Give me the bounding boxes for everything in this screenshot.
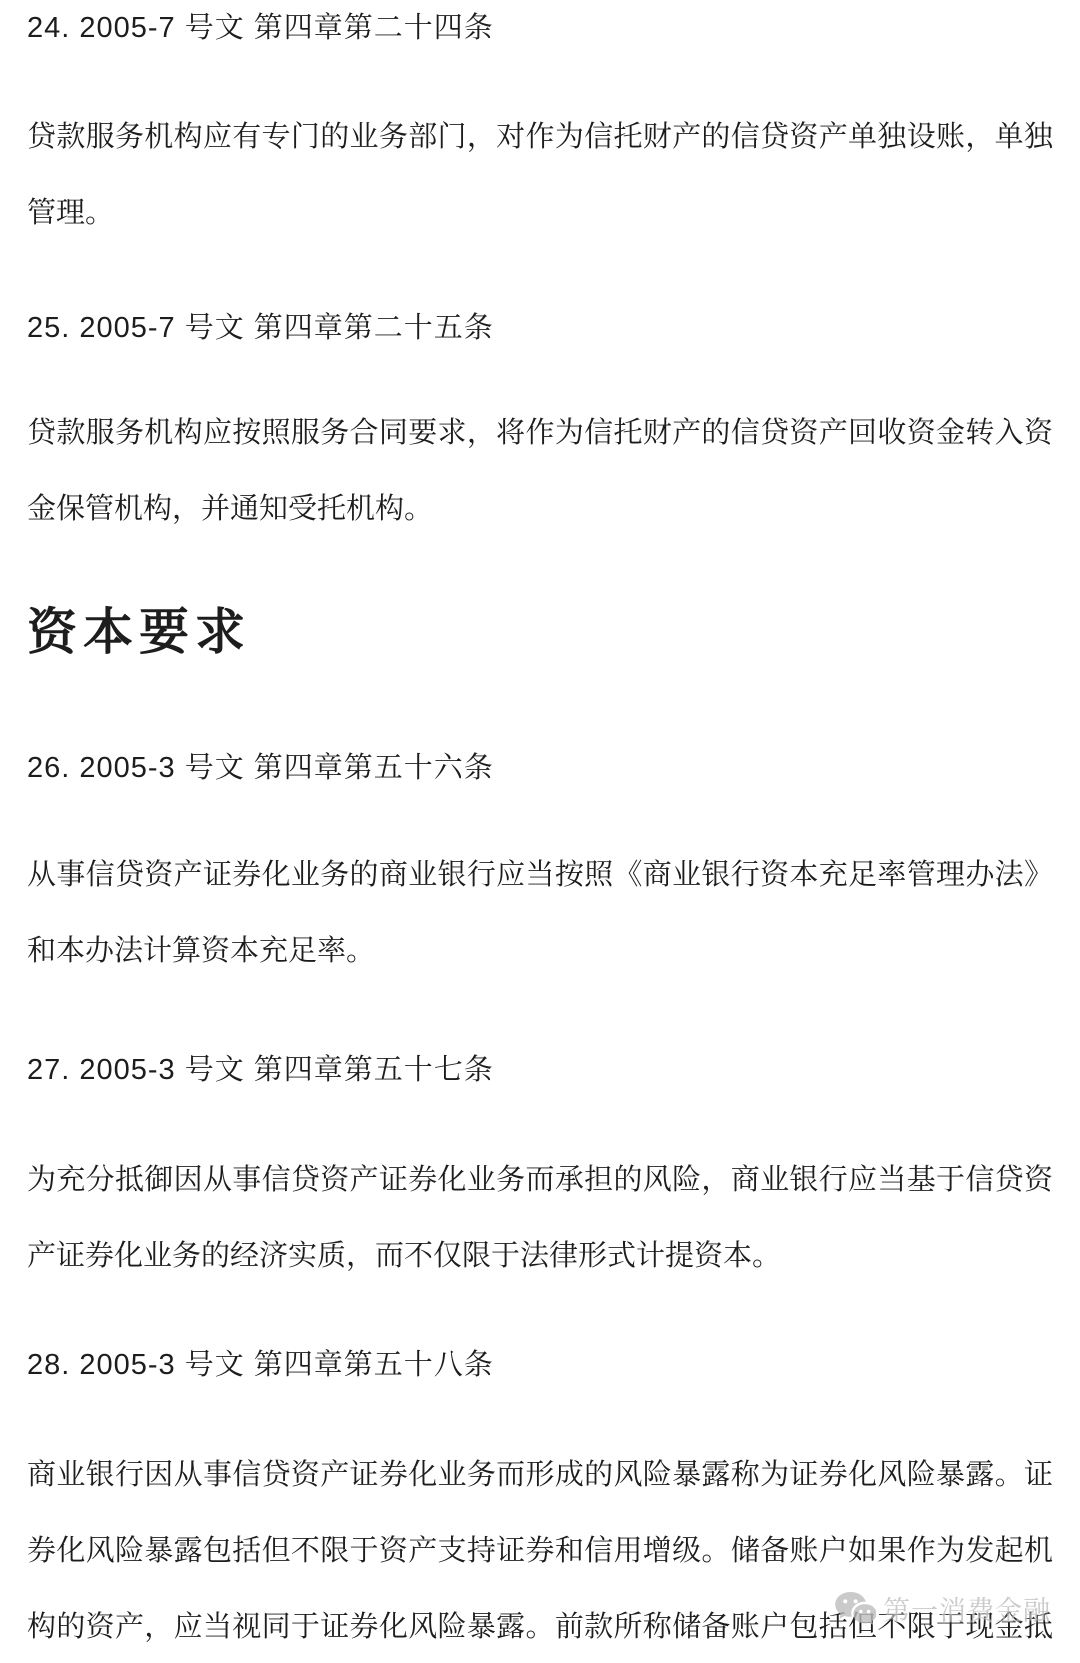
- article-27-body: 为充分抵御因从事信贷资产证券化业务而承担的风险，商业银行应当基于信贷资 产证券化…: [27, 1142, 1053, 1294]
- text-line: 贷款服务机构应有专门的业务部门，对作为信托财产的信贷资产单独设账，单独: [27, 99, 1053, 175]
- watermark-text: 第一消费金融: [883, 1589, 1051, 1628]
- wechat-logo-icon: [834, 1591, 876, 1627]
- text-line: 从事信贷资产证券化业务的商业银行应当按照《商业银行资本充足率管理办法》: [27, 837, 1053, 913]
- article-24-body: 贷款服务机构应有专门的业务部门，对作为信托财产的信贷资产单独设账，单独 管理。: [27, 99, 1053, 251]
- article-25-body: 贷款服务机构应按照服务合同要求，将作为信托财产的信贷资产回收资金转入资 金保管机…: [27, 395, 1053, 547]
- article-28-heading: 28. 2005-3 号文 第四章第五十八条: [27, 1345, 1053, 1385]
- article-26-heading: 26. 2005-3 号文 第四章第五十六条: [27, 748, 1053, 788]
- text-line: 为充分抵御因从事信贷资产证券化业务而承担的风险，商业银行应当基于信贷资: [27, 1142, 1053, 1218]
- article-26-body: 从事信贷资产证券化业务的商业银行应当按照《商业银行资本充足率管理办法》 和本办法…: [27, 837, 1053, 989]
- text-line: 贷款服务机构应按照服务合同要求，将作为信托财产的信贷资产回收资金转入资: [27, 395, 1053, 471]
- text-line: 和本办法计算资本充足率。: [27, 913, 1053, 989]
- text-line: 金保管机构，并通知受托机构。: [27, 471, 1053, 547]
- text-line: 券化风险暴露包括但不限于资产支持证券和信用增级。储备账户如果作为发起机: [27, 1513, 1053, 1589]
- article-25-heading: 25. 2005-7 号文 第四章第二十五条: [27, 308, 1053, 348]
- article-27-heading: 27. 2005-3 号文 第四章第五十七条: [27, 1050, 1053, 1090]
- text-line: 产证券化业务的经济实质，而不仅限于法律形式计提资本。: [27, 1218, 1053, 1294]
- text-line: 商业银行因从事信贷资产证券化业务而形成的风险暴露称为证券化风险暴露。证: [27, 1437, 1053, 1513]
- article-28-body: 商业银行因从事信贷资产证券化业务而形成的风险暴露称为证券化风险暴露。证 券化风险…: [27, 1437, 1053, 1663]
- text-line: 管理。: [27, 175, 1053, 251]
- watermark: 第一消费金融: [834, 1589, 1051, 1628]
- article-24-heading: 24. 2005-7 号文 第四章第二十四条: [27, 8, 1053, 48]
- chapter-title: 资本要求: [27, 602, 1053, 662]
